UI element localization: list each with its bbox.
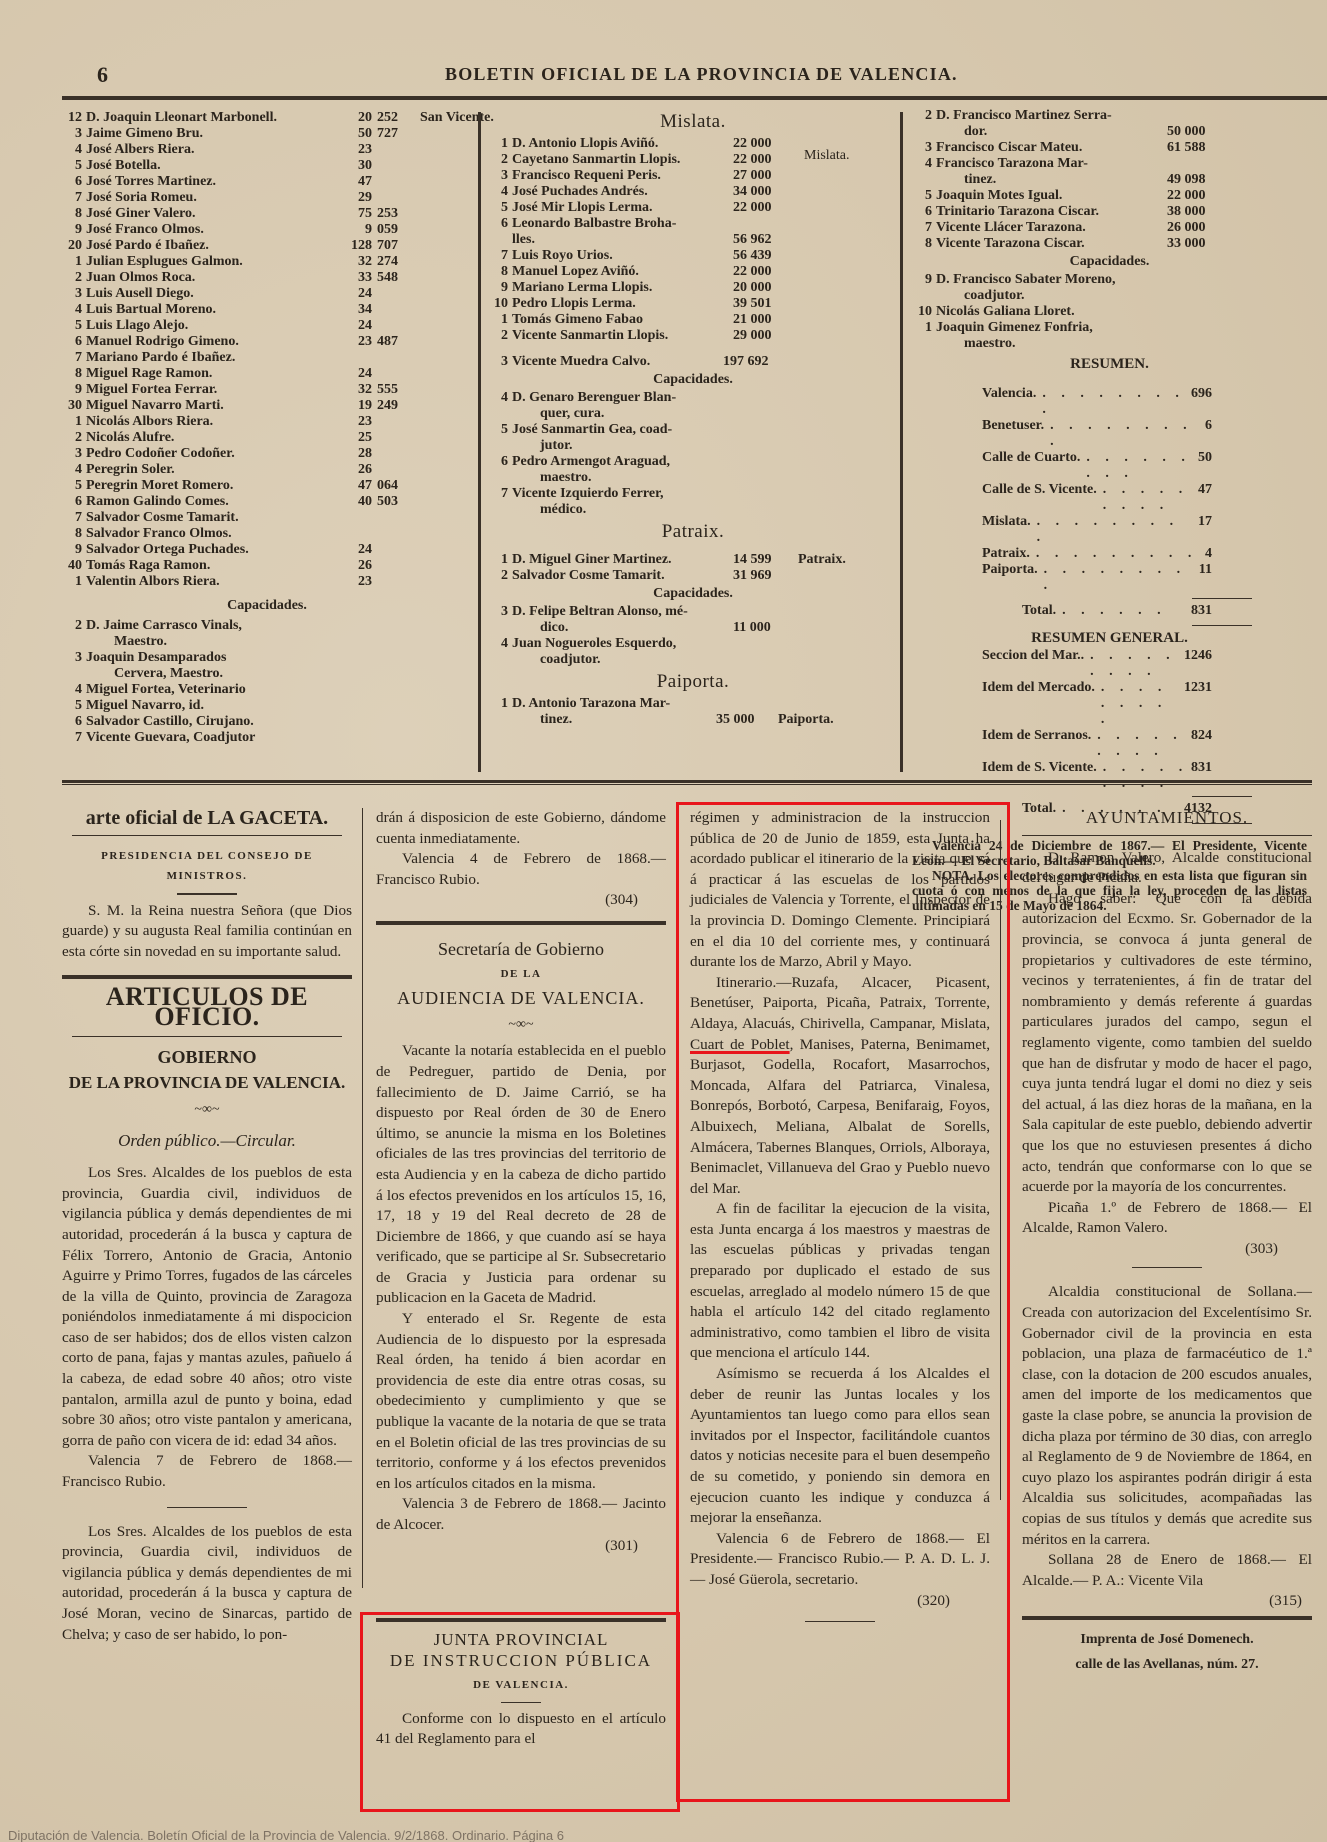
list-entry: 3Luis Ausell Diego.24 — [62, 286, 472, 302]
entry-name: Trinitario Tarazona Ciscar. — [936, 204, 1099, 220]
list-entry: 3Jaime Gimeno Bru.50727 — [62, 126, 472, 142]
audiencia-p2: Y enterado el Sr. Regente de esta Audien… — [376, 1309, 666, 1494]
list-entry: 5Joaquin Motes Igual.22 000 — [912, 188, 1307, 204]
entry-quota: 29 000 — [733, 328, 772, 344]
summary-row: Mislata.. . . . . . . . .17 — [982, 514, 1212, 546]
gobierno-subtitle: DE LA PROVINCIA DE VALENCIA. — [62, 1073, 352, 1094]
entry-name: Peregrin Soler. — [86, 462, 175, 478]
entry-number: 1 — [488, 312, 512, 328]
entry-quota: 47 — [332, 174, 372, 190]
entry-name: Salvador Castillo, Cirujano. — [86, 714, 254, 730]
summary-leader: . . . . . . . . . — [1036, 386, 1191, 418]
summary-row: Benetuser.. . . . . . . . .6 — [982, 418, 1212, 450]
entry-number: 9 — [62, 222, 86, 238]
entry-name: Pedro Llopis Lerma. — [512, 296, 636, 312]
ayuntamientos-p3: Alcaldia constitucional de Sollana.— Cre… — [1022, 1282, 1312, 1550]
entry-name: Valentin Albors Riera. — [86, 574, 220, 590]
summary-value: 6 — [1205, 418, 1212, 450]
entry-quota: 14 599 — [733, 552, 772, 568]
entry-name: Vicente Izquierdo Ferrer, — [512, 486, 664, 502]
circular-1-signature: Valencia 7 de Febrero de 1868.— Francisc… — [62, 1451, 352, 1492]
imprenta-name: Imprenta de José Domenech. — [1022, 1630, 1312, 1651]
entry-name: Salvador Cosme Tamarit. — [512, 568, 665, 584]
list-entry-continued: quer, cura. — [488, 406, 898, 422]
entry-quota: 49 098 — [1167, 172, 1206, 188]
ayuntamientos-p1: D. Ramon Valero, Alcalde constitucional … — [1022, 848, 1312, 889]
audiencia-column: drán á disposicion de este Gobierno, dán… — [376, 808, 666, 1556]
entry-number: 4 — [488, 636, 512, 652]
capacidades-heading: Capacidades. — [488, 372, 898, 388]
list-entry: 7Salvador Cosme Tamarit. — [62, 510, 472, 526]
entry-name: Salvador Cosme Tamarit. — [86, 510, 239, 526]
list-entry: 8José Giner Valero.75253 — [62, 206, 472, 222]
circular-1: Los Sres. Alcaldes de los pueblos de est… — [62, 1163, 352, 1451]
entry-name: D. Joaquin Lleonart Marbonell. — [86, 110, 277, 126]
entry-number: 1 — [62, 574, 86, 590]
entry-quota: 24 — [332, 318, 372, 334]
mislata-heading: Mislata. — [488, 114, 898, 130]
list-entry: 6Pedro Armengot Araguad, — [488, 454, 898, 470]
summary-value: 1231 — [1184, 680, 1212, 728]
list-entry: 8Vicente Tarazona Ciscar.33 000 — [912, 236, 1307, 252]
entry-number: 4 — [62, 142, 86, 158]
entry-quota: 23 — [332, 142, 372, 158]
entry-number: 2 — [488, 152, 512, 168]
entry-quota: 39 501 — [733, 296, 772, 312]
entry-number: 30 — [62, 398, 86, 414]
entry-quota: 22 000 — [733, 152, 772, 168]
list-entry: 3Joaquin Desamparados — [62, 650, 472, 666]
summary-value: 824 — [1191, 728, 1212, 760]
entry-quota-cents: 548 — [377, 270, 398, 286]
entry-name: D. Genaro Berenguer Blan- — [512, 390, 676, 406]
entry-name: Miguel Navarro Marti. — [86, 398, 224, 414]
entry-name: Mariano Pardo é Ibañez. — [86, 350, 235, 366]
list-entry: 4Francisco Tarazona Mar- — [912, 156, 1307, 172]
list-entry-continued: dico.11 000 — [488, 620, 898, 636]
entry-name: D. Antonio Tarazona Mar- — [512, 696, 670, 712]
ornament-icon: ~∞~ — [62, 1100, 352, 1121]
entry-number: 8 — [912, 236, 936, 252]
entry-number: 3 — [488, 604, 512, 620]
summary-rule — [1192, 598, 1252, 599]
list-entry: 1Joaquin Gimenez Fonfria, — [912, 320, 1307, 336]
entry-number: 6 — [62, 174, 86, 190]
list-entry-continued: Cervera, Maestro. — [62, 666, 472, 682]
summary-label: Paiporta. — [982, 562, 1038, 594]
ayuntamientos-signature-2: Sollana 28 de Enero de 1868.— El Alcalde… — [1022, 1550, 1312, 1591]
resumen-general-heading: RESUMEN GENERAL. — [912, 630, 1307, 646]
ref-304: (304) — [376, 890, 666, 911]
entry-quota: 34 000 — [733, 184, 772, 200]
entry-quota: 50 000 — [1167, 124, 1206, 140]
entry-number: 1 — [488, 696, 512, 712]
entry-name: Cayetano Sanmartin Llopis. — [512, 152, 680, 168]
highlight-box-junta-body — [676, 802, 1010, 1802]
entry-quota: 35 000 — [716, 712, 755, 728]
entry-name: Vicente Llácer Tarazona. — [936, 220, 1086, 236]
summary-row: Valencia.. . . . . . . . .696 — [982, 386, 1212, 418]
summary-value: 17 — [1198, 514, 1212, 546]
entry-name: Vicente Tarazona Ciscar. — [936, 236, 1085, 252]
list-entry-continued: coadjutor. — [912, 288, 1307, 304]
electoral-col-2: Mislata.Mislata.1D. Antonio Llopis Aviñó… — [488, 108, 898, 728]
entry-name: Vicente Guevara, Coadjutor — [86, 730, 255, 746]
summary-row: Paiporta.. . . . . . . . .11 — [982, 562, 1212, 594]
entry-name: Francisco Ciscar Mateu. — [936, 140, 1082, 156]
entry-name-continued: dor. — [912, 124, 987, 140]
list-entry: 4José Puchades Andrés.34 000 — [488, 184, 898, 200]
list-entry: 9José Franco Olmos.9059 — [62, 222, 472, 238]
entry-name: Miguel Rage Ramon. — [86, 366, 212, 382]
entry-name: Pedro Codoñer Codoñer. — [86, 446, 235, 462]
entry-number: 1 — [912, 320, 936, 336]
list-entry: 5José Mir Llopis Lerma.22 000 — [488, 200, 898, 216]
entry-name-continued: jutor. — [488, 438, 573, 454]
entry-number: 40 — [62, 558, 86, 574]
ref-315: (315) — [1022, 1591, 1312, 1612]
masthead-title: BOLETIN OFICIAL DE LA PROVINCIA DE VALEN… — [445, 64, 958, 85]
entry-name: D. Felipe Beltran Alonso, mé- — [512, 604, 688, 620]
archive-caption: Diputación de Valencia. Boletín Oficial … — [8, 1828, 564, 1842]
ayuntamientos-p2: Hago saber: Que con la debida autorizaci… — [1022, 889, 1312, 1198]
electoral-col-1: 12D. Joaquin Lleonart Marbonell.20252San… — [62, 110, 472, 746]
list-entry: 6Trinitario Tarazona Ciscar.38 000 — [912, 204, 1307, 220]
entry-name: Julian Esplugues Galmon. — [86, 254, 243, 270]
entry-number: 5 — [62, 478, 86, 494]
entry-name: José Torres Martinez. — [86, 174, 216, 190]
list-entry: 4Miguel Fortea, Veterinario — [62, 682, 472, 698]
summary-row: Idem del Mercado.. . . . . . . . .1231 — [982, 680, 1212, 728]
electoral-col-3: 2D. Francisco Martinez Serra-dor.50 0003… — [912, 108, 1307, 913]
articulos-title: ARTICULOS DE OFICIO. — [62, 987, 352, 1028]
entry-number: 6 — [62, 714, 86, 730]
list-entry: 2D. Jaime Carrasco Vinals, — [62, 618, 472, 634]
entry-quota: 20 — [332, 110, 372, 126]
summary-label: Mislata. — [982, 514, 1031, 546]
entry-name: Tomás Gimeno Fabao — [512, 312, 643, 328]
top-rule — [62, 96, 1327, 100]
entry-quota: 56 439 — [733, 248, 772, 264]
list-entry: 8Miguel Rage Ramon.24 — [62, 366, 472, 382]
entry-name: D. Francisco Martinez Serra- — [936, 108, 1112, 124]
entry-name-continued: dico. — [488, 620, 568, 636]
entry-name: Luis Llago Alejo. — [86, 318, 188, 334]
entry-number: 4 — [488, 390, 512, 406]
entry-number: 7 — [912, 220, 936, 236]
entry-quota: 26 — [332, 462, 372, 478]
list-entry-continued: Maestro. — [62, 634, 472, 650]
entry-quota-cents: 727 — [377, 126, 398, 142]
summary-leader: . . . . . . . . . — [1084, 648, 1184, 680]
list-entry: 3Pedro Codoñer Codoñer.28 — [62, 446, 472, 462]
entry-name: Joaquin Desamparados — [86, 650, 226, 666]
entry-quota: 31 969 — [733, 568, 772, 584]
capacidades-heading: Capacidades. — [488, 586, 898, 602]
entry-number: 2 — [62, 270, 86, 286]
list-entry: 40Tomás Raga Ramon.26 — [62, 558, 472, 574]
entry-number — [488, 232, 512, 248]
audiencia-title: AUDIENCIA DE VALENCIA. — [376, 988, 666, 1009]
audiencia-p1: Vacante la notaría establecida en el pue… — [376, 1041, 666, 1309]
entry-number: 6 — [488, 454, 512, 470]
entry-number: 10 — [912, 304, 936, 320]
capacidades-heading: Capacidades. — [62, 598, 472, 614]
entry-quota: 197 692 — [723, 354, 769, 370]
entry-name-continued: quer, cura. — [488, 406, 604, 422]
column-divider — [900, 112, 903, 772]
entry-quota: 30 — [332, 158, 372, 174]
list-entry: 20José Pardo é Ibañez.128707 — [62, 238, 472, 254]
entry-number: 2 — [912, 108, 936, 124]
list-entry: 2Juan Olmos Roca.33548 — [62, 270, 472, 286]
column-divider — [478, 112, 481, 772]
entry-number: 9 — [62, 542, 86, 558]
list-entry: 5Luis Llago Alejo.24 — [62, 318, 472, 334]
list-entry: 1Nicolás Albors Riera.23 — [62, 414, 472, 430]
entry-number: 7 — [62, 730, 86, 746]
entry-quota: 28 — [332, 446, 372, 462]
entry-name: Francisco Tarazona Mar- — [936, 156, 1088, 172]
list-entry-continued: jutor. — [488, 438, 898, 454]
entry-name-continued: maestro. — [912, 336, 1015, 352]
list-entry: 7Vicente Guevara, Coadjutor — [62, 730, 472, 746]
entry-number: 8 — [62, 526, 86, 542]
entry-quota: 23 — [332, 334, 372, 350]
list-entry: 1D. Antonio Llopis Aviñó.22 000 — [488, 136, 898, 152]
entry-name: José Franco Olmos. — [86, 222, 204, 238]
list-entry: 3Francisco Ciscar Mateu.61 588 — [912, 140, 1307, 156]
entry-name-continued: coadjutor. — [488, 652, 601, 668]
entry-quota-cents: 252 — [377, 110, 398, 126]
entry-number: 4 — [62, 682, 86, 698]
list-entry: 3Vicente Muedra Calvo.197 692 — [488, 354, 898, 370]
list-entry-continued: dor.50 000 — [912, 124, 1307, 140]
summary-leader: . . . . . . . . . — [1097, 482, 1198, 514]
entry-number: 3 — [488, 168, 512, 184]
entry-quota: 24 — [332, 542, 372, 558]
summary-label: Valencia. — [982, 386, 1036, 418]
list-entry: 7Luis Royo Urios.56 439 — [488, 248, 898, 264]
entry-number: 3 — [488, 354, 512, 370]
list-entry: 10Pedro Llopis Lerma.39 501 — [488, 296, 898, 312]
section-divider-rule — [62, 780, 1312, 785]
entry-number: 1 — [488, 552, 512, 568]
entry-name: Ramon Galindo Comes. — [86, 494, 229, 510]
page-number: 6 — [97, 62, 108, 88]
entry-number: 10 — [488, 296, 512, 312]
summary-row: Idem de Serranos.. . . . . . . . .824 — [982, 728, 1212, 760]
entry-name: lles. — [512, 232, 535, 248]
entry-quota: 34 — [332, 302, 372, 318]
summary-label: Idem de Serranos. — [982, 728, 1091, 760]
entry-number: 1 — [62, 414, 86, 430]
entry-name: D. Antonio Llopis Aviñó. — [512, 136, 658, 152]
list-entry: 8Manuel Lopez Aviñó.22 000 — [488, 264, 898, 280]
list-entry: 12D. Joaquin Lleonart Marbonell.20252San… — [62, 110, 472, 126]
entry-quota: 32 — [332, 382, 372, 398]
entry-quota: 40 — [332, 494, 372, 510]
list-entry: 9Miguel Fortea Ferrar.32555 — [62, 382, 472, 398]
capacidades-heading: Capacidades. — [912, 254, 1307, 270]
list-entry: 4José Albers Riera.23 — [62, 142, 472, 158]
list-entry-continued: tinez.49 098 — [912, 172, 1307, 188]
list-entry: 7Vicente Llácer Tarazona.26 000 — [912, 220, 1307, 236]
list-entry: 6Ramon Galindo Comes.40503 — [62, 494, 472, 510]
entry-name: Luis Ausell Diego. — [86, 286, 194, 302]
summary-row: Patraix.. . . . . . . . .4 — [982, 546, 1212, 562]
circular-2: Los Sres. Alcaldes de los pueblos de est… — [62, 1522, 352, 1646]
entry-quota: 24 — [332, 286, 372, 302]
entry-quota: 20 000 — [733, 280, 772, 296]
entry-quota: 19 — [332, 398, 372, 414]
secretaria-dela: DE LA — [376, 964, 666, 985]
entry-number: 8 — [488, 264, 512, 280]
summary-label: Patraix. — [982, 546, 1030, 562]
summary-value: 11 — [1199, 562, 1212, 594]
paiporta-heading: Paiporta. — [488, 674, 898, 690]
entry-name: José Albers Riera. — [86, 142, 194, 158]
entry-quota: 22 000 — [1167, 188, 1206, 204]
entry-name: Salvador Franco Olmos. — [86, 526, 232, 542]
entry-locality: San Vicente. — [420, 110, 494, 126]
list-entry: 3D. Felipe Beltran Alonso, mé- — [488, 604, 898, 620]
entry-number: 2 — [488, 328, 512, 344]
ayuntamientos-signature-1: Picaña 1.º de Febrero de 1868.— El Alcal… — [1022, 1198, 1312, 1239]
list-entry: 10Nicolás Galiana Lloret. — [912, 304, 1307, 320]
entry-name: José Giner Valero. — [86, 206, 196, 222]
list-entry: 6Manuel Rodrigo Gimeno.23487 — [62, 334, 472, 350]
ref-303: (303) — [1022, 1239, 1312, 1260]
list-entry: 5José Botella.30 — [62, 158, 472, 174]
gaceta-body: S. M. la Reina nuestra Señora (que Dios … — [62, 901, 352, 963]
list-entry-continued: médico. — [488, 502, 898, 518]
entry-quota: 25 — [332, 430, 372, 446]
summary-total-value: 831 — [1191, 603, 1212, 619]
resumen-heading: RESUMEN. — [912, 356, 1307, 372]
entry-number: 4 — [62, 462, 86, 478]
entry-number: 3 — [62, 286, 86, 302]
entry-number: 12 — [62, 110, 86, 126]
entry-number: 9 — [912, 272, 936, 288]
list-entry-continued: tinez.35 000Paiporta. — [488, 712, 898, 728]
summary-leader: . . . . . . . . . — [1097, 760, 1191, 792]
summary-row: Calle de S. Vicente.. . . . . . . . .47 — [982, 482, 1212, 514]
summary-leader: . . . . . . . . . — [1091, 728, 1191, 760]
entry-number: 5 — [488, 422, 512, 438]
entry-name: D. Jaime Carrasco Vinals, — [86, 618, 242, 634]
list-entry: 7Mariano Pardo é Ibañez. — [62, 350, 472, 366]
summary-leader: . . . . . . . . . — [1031, 514, 1198, 546]
entry-number: 7 — [62, 350, 86, 366]
entry-number: 5 — [62, 158, 86, 174]
entry-quota: 33 000 — [1167, 236, 1206, 252]
list-entry: 6Leonardo Balbastre Broha- — [488, 216, 898, 232]
entry-number: 2 — [62, 618, 86, 634]
list-entry: 2Salvador Cosme Tamarit.31 969 — [488, 568, 898, 584]
entry-locality: Patraix. — [798, 552, 846, 568]
entry-name: Jaime Gimeno Bru. — [86, 126, 203, 142]
entry-name-continued: Cervera, Maestro. — [62, 666, 223, 682]
summary-leader: . . . . . . — [1056, 603, 1191, 619]
summary-value: 50 — [1198, 450, 1212, 482]
list-entry: 2Vicente Sanmartin Llopis.29 000 — [488, 328, 898, 344]
summary-label: Benetuser. — [982, 418, 1044, 450]
entry-quota: 33 — [332, 270, 372, 286]
entry-name: José Puchades Andrés. — [512, 184, 648, 200]
entry-name: Leonardo Balbastre Broha- — [512, 216, 676, 232]
entry-quota: 21 000 — [733, 312, 772, 328]
entry-quota: 22 000 — [733, 200, 772, 216]
entry-number: 4 — [62, 302, 86, 318]
ayuntamientos-column: AYUNTAMIENTOS. D. Ramon Valero, Alcalde … — [1022, 808, 1312, 1675]
entry-quota: 47 — [332, 478, 372, 494]
list-entry: 8Salvador Franco Olmos. — [62, 526, 472, 542]
entry-quota-cents: 555 — [377, 382, 398, 398]
summary-label: Idem del Mercado. — [982, 680, 1095, 728]
entry-number: 9 — [488, 280, 512, 296]
summary-label: Seccion del Mar.. — [982, 648, 1084, 680]
column-divider — [362, 808, 363, 1588]
list-entry-continued: coadjutor. — [488, 652, 898, 668]
list-entry-continued: maestro. — [488, 470, 898, 486]
ref-301: (301) — [376, 1536, 666, 1557]
entry-quota: 38 000 — [1167, 204, 1206, 220]
entry-number: 7 — [488, 248, 512, 264]
entry-number: 7 — [62, 190, 86, 206]
audiencia-cont-signature: Valencia 4 de Febrero de 1868.— Francisc… — [376, 849, 666, 890]
list-entry: 6Salvador Castillo, Cirujano. — [62, 714, 472, 730]
entry-number: 7 — [488, 486, 512, 502]
entry-name: Miguel Navarro, id. — [86, 698, 204, 714]
entry-name: Francisco Requeni Peris. — [512, 168, 661, 184]
entry-name-continued: tinez. — [912, 172, 996, 188]
entry-name: José Sanmartin Gea, coad- — [512, 422, 672, 438]
list-entry: 3Francisco Requeni Peris.27 000 — [488, 168, 898, 184]
summary-label: Idem de S. Vicente. — [982, 760, 1097, 792]
list-entry: 9Salvador Ortega Puchades.24 — [62, 542, 472, 558]
entry-number: 7 — [62, 510, 86, 526]
list-entry: 2D. Francisco Martinez Serra- — [912, 108, 1307, 124]
entry-name: José Soria Romeu. — [86, 190, 197, 206]
entry-name-continued: Maestro. — [62, 634, 167, 650]
entry-quota: 32 — [332, 254, 372, 270]
entry-name: Manuel Lopez Aviñó. — [512, 264, 639, 280]
entry-name: Juan Nogueroles Esquerdo, — [512, 636, 676, 652]
summary-total-label: Total. — [1022, 603, 1056, 619]
entry-name-continued: maestro. — [488, 470, 591, 486]
entry-number: 6 — [62, 334, 86, 350]
entry-quota-cents: 064 — [377, 478, 398, 494]
imprenta-address: calle de las Avellanas, núm. 27. — [1022, 1655, 1312, 1676]
list-entry: 5Miguel Navarro, id. — [62, 698, 472, 714]
ornament-icon: ~∞~ — [376, 1015, 666, 1036]
summary-leader: . . . . . . . . . — [1038, 562, 1199, 594]
entry-name: D. Miguel Giner Martinez. — [512, 552, 672, 568]
list-entry: 4Luis Bartual Moreno.34 — [62, 302, 472, 318]
entry-quota: 75 — [332, 206, 372, 222]
entry-name: Luis Bartual Moreno. — [86, 302, 216, 318]
gaceta-column: arte oficial de LA GACETA. PRESIDENCIA D… — [62, 808, 352, 1645]
entry-quota: 11 000 — [733, 620, 771, 636]
entry-number: 2 — [488, 568, 512, 584]
entry-quota: 27 000 — [733, 168, 772, 184]
entry-quota: 22 000 — [733, 136, 772, 152]
entry-name: Miguel Fortea, Veterinario — [86, 682, 246, 698]
entry-number: 5 — [912, 188, 936, 204]
entry-name: Mariano Lerma Llopis. — [512, 280, 652, 296]
summary-value: 1246 — [1184, 648, 1212, 680]
